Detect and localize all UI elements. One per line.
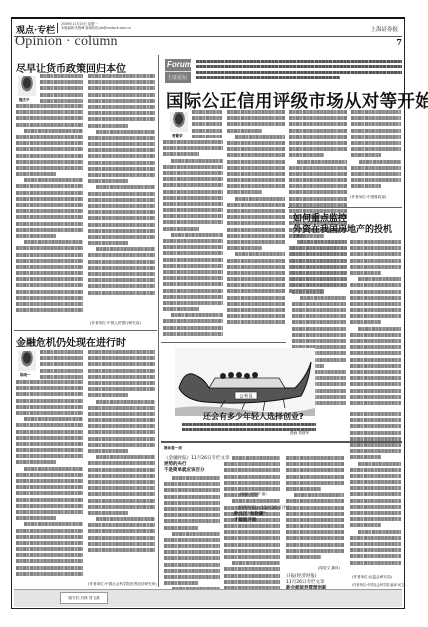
forum-label-cn: 上证论坛 <box>167 74 187 81</box>
newspaper-name: 上海证券报 <box>370 25 398 33</box>
forum-lead-text <box>196 60 402 82</box>
article-body-rating-1a <box>192 110 222 138</box>
article-headline-foreign-capital-2[interactable]: 外资在我国房地产的投机 <box>293 222 392 235</box>
author-photo <box>18 76 36 96</box>
article-closing-rating: (作者单位:中国财政部) <box>350 195 386 200</box>
column-divider <box>158 55 159 587</box>
divider <box>288 207 402 208</box>
author-name: 魏杰平 <box>19 98 30 103</box>
article-body-monetary-1b <box>16 104 83 320</box>
article-body-crisis-2 <box>88 350 155 580</box>
digest-body-3 <box>286 456 344 566</box>
forum-label-en: Forum <box>167 60 192 69</box>
article-body-foreign-2 <box>350 240 401 412</box>
cartoon-illustration: 公务员 <box>175 348 315 416</box>
section-divider <box>161 441 402 443</box>
article-closing-foreign: (作者单位:证监会研究局) <box>352 575 392 580</box>
article-body-rating-1b <box>163 140 223 336</box>
masthead-meta: 2009年11月25日 星期一 本版编辑:朱俊峰 新闻热线:yb@cnstock… <box>61 22 131 30</box>
digest-title-1b[interactable]: 不是简单就应该百分 <box>164 468 205 474</box>
article-headline-monetary-policy[interactable]: 尽早让货币政策回归本位 <box>16 60 126 75</box>
author-name: 王永义 <box>293 234 304 239</box>
article-body-foreign-3 <box>350 412 401 582</box>
digest-body-1 <box>164 476 220 606</box>
digest-body-2 <box>224 456 280 606</box>
cartoon-credit: 漫画 郑建华 <box>290 431 309 436</box>
boat-label: 公务员 <box>239 393 253 400</box>
article-headline-financial-crisis[interactable]: 金融危机仍处现在进行时 <box>16 334 126 349</box>
footer-editor-label: 版专栏:吕林 刘飞燕 <box>60 592 108 604</box>
author-name: 陈晓一 <box>20 373 31 378</box>
author-name: 曾繁荣 <box>172 134 183 139</box>
article-body-rating-4 <box>351 110 401 190</box>
divider <box>161 342 286 343</box>
author-photo <box>18 351 36 371</box>
dragon-boat-icon: 公务员 <box>175 348 315 416</box>
divider <box>14 330 157 331</box>
article-closing-crisis: (作者单位:中国社会科学院世界经济研究所) <box>88 582 157 587</box>
masthead-divider <box>57 23 58 33</box>
article-body-rating-2 <box>227 110 285 338</box>
editor-contact: 本版编辑:朱俊峰 新闻热线:yb@cnstock.com.cn <box>61 26 131 30</box>
digest-credit-2: (作者单位:中国社会科学院 编译 何文) <box>352 582 405 587</box>
article-body-monetary-2 <box>88 74 155 314</box>
forum-divider <box>165 71 191 72</box>
article-body-crisis-1b <box>16 380 83 588</box>
article-body-monetary-1a <box>40 74 83 103</box>
digest-title-2b[interactable]: 才能能开始 <box>234 518 257 524</box>
article-body-crisis-1a <box>40 350 83 379</box>
author-photo <box>170 112 188 132</box>
digest-credit-0: (闻智文 摘译) <box>318 566 340 571</box>
page-number: 7 <box>396 37 402 47</box>
cartoon-caption-title: 还会有多少年轻人选择创业? <box>203 411 304 422</box>
article-closing-monetary: (作者单位:中国人民银行研究局) <box>90 321 141 326</box>
digest-credit-1: (编编 邓智华 编) <box>240 492 267 497</box>
section-title-en: Opinion · column <box>15 34 118 50</box>
digest-column-label: 媒体看一周 <box>164 446 182 451</box>
